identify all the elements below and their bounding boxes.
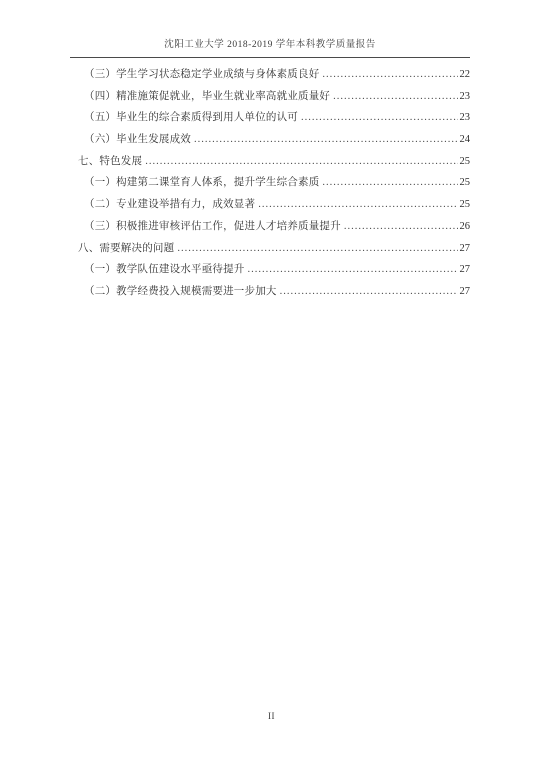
toc-dot-leader bbox=[258, 194, 457, 216]
toc-dot-leader bbox=[248, 259, 458, 281]
toc-entry-label: （三）学生学习状态稳定学业成绩与身体素质良好 bbox=[84, 64, 319, 86]
page-header: 沈阳工业大学 2018-2019 学年本科教学质量报告 bbox=[70, 36, 470, 58]
toc-entry-page: 27 bbox=[460, 259, 471, 281]
toc-entry: （三）学生学习状态稳定学业成绩与身体素质良好 22 bbox=[70, 64, 470, 86]
toc-entry-page: 27 bbox=[460, 281, 471, 303]
toc-entry: （二）教学经费投入规模需要进一步加大 27 bbox=[70, 281, 470, 303]
toc-dot-leader bbox=[145, 151, 457, 173]
toc-dot-leader bbox=[322, 64, 457, 86]
toc-entry-label: （一）构建第二课堂育人体系，提升学生综合素质 bbox=[84, 172, 319, 194]
toc-entry: 八、需要解决的问题 27 bbox=[70, 238, 470, 260]
toc-entry-page: 25 bbox=[460, 151, 471, 173]
toc-entry-page: 23 bbox=[460, 107, 471, 129]
toc-entry-page: 27 bbox=[460, 238, 471, 260]
toc-entry: （六）毕业生发展成效 24 bbox=[70, 129, 470, 151]
toc-entry-label: 八、需要解决的问题 bbox=[78, 238, 174, 260]
toc-dot-leader bbox=[301, 107, 458, 129]
toc-entry-page: 26 bbox=[460, 216, 471, 238]
toc-entry: （一）教学队伍建设水平亟待提升 27 bbox=[70, 259, 470, 281]
toc-entry-page: 23 bbox=[460, 86, 471, 108]
toc-dot-leader bbox=[344, 216, 458, 238]
toc-entry-label: （二）教学经费投入规模需要进一步加大 bbox=[84, 281, 277, 303]
toc-entry-label: 七、特色发展 bbox=[78, 151, 142, 173]
toc-entry-page: 24 bbox=[460, 129, 471, 151]
toc-entry-label: （四）精准施策促就业，毕业生就业率高就业质量好 bbox=[84, 86, 330, 108]
toc-entry-page: 25 bbox=[460, 172, 471, 194]
footer-page-number: II bbox=[268, 711, 275, 721]
toc-list: （三）学生学习状态稳定学业成绩与身体素质良好 22 （四）精准施策促就业，毕业生… bbox=[70, 64, 470, 303]
toc-dot-leader bbox=[177, 238, 457, 260]
toc-dot-leader bbox=[333, 86, 457, 108]
toc-entry: （一）构建第二课堂育人体系，提升学生综合素质 25 bbox=[70, 172, 470, 194]
toc-entry-label: （五）毕业生的综合素质得到用人单位的认可 bbox=[84, 107, 298, 129]
header-title: 沈阳工业大学 2018-2019 学年本科教学质量报告 bbox=[164, 40, 375, 50]
toc-entry-page: 22 bbox=[460, 64, 471, 86]
toc-entry-label: （二）专业建设举措有力，成效显著 bbox=[84, 194, 255, 216]
toc-dot-leader bbox=[322, 172, 457, 194]
toc-dot-leader bbox=[280, 281, 458, 303]
toc-entry: 七、特色发展 25 bbox=[70, 151, 470, 173]
toc-entry: （四）精准施策促就业，毕业生就业率高就业质量好 23 bbox=[70, 86, 470, 108]
page-footer: II bbox=[0, 711, 543, 721]
toc-entry: （二）专业建设举措有力，成效显著 25 bbox=[70, 194, 470, 216]
toc-entry: （五）毕业生的综合素质得到用人单位的认可 23 bbox=[70, 107, 470, 129]
toc-entry-label: （三）积极推进审核评估工作，促进人才培养质量提升 bbox=[84, 216, 341, 238]
document-page: 沈阳工业大学 2018-2019 学年本科教学质量报告 （三）学生学习状态稳定学… bbox=[0, 0, 543, 768]
toc-entry-page: 25 bbox=[460, 194, 471, 216]
toc-entry: （三）积极推进审核评估工作，促进人才培养质量提升 26 bbox=[70, 216, 470, 238]
toc-entry-label: （六）毕业生发展成效 bbox=[84, 129, 191, 151]
toc-entry-label: （一）教学队伍建设水平亟待提升 bbox=[84, 259, 245, 281]
toc-dot-leader bbox=[194, 129, 458, 151]
